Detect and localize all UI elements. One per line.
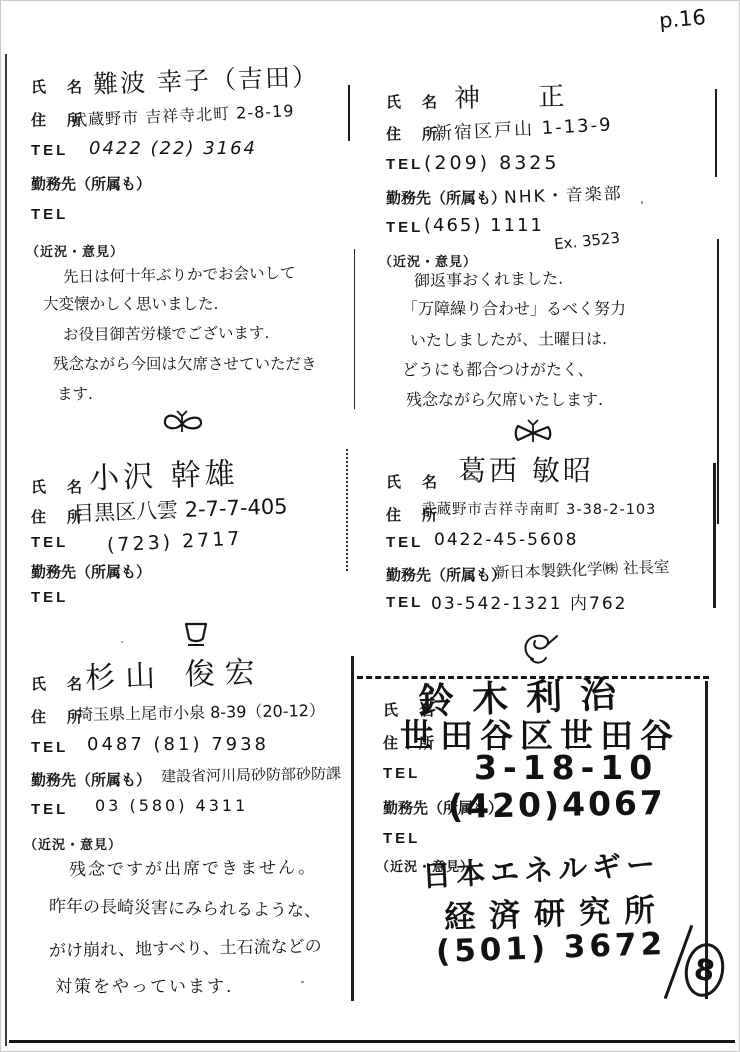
name-value: 小沢 幹雄 (88, 448, 239, 497)
comment-line: (501) 3672 (435, 926, 666, 970)
comment-line: お役目御苦労様でございます. (63, 321, 270, 345)
contact-card-4: 氏 名 住 所 TEL 勤務先（所属も） TEL 葛西 敏昭 武蔵野市吉祥寺南町… (376, 449, 716, 617)
comment-line: 「万障繰り合わせ」るべく努力 (402, 296, 626, 319)
scan-speckle (121, 641, 123, 643)
tel-value: (209) 8325 (424, 152, 559, 174)
comment-label: （近況・意見） (26, 241, 124, 260)
comment-line: 大変懐かしく思いました. (43, 292, 218, 314)
scanned-form-page: p.16 氏 名 住 所 TEL 勤務先（所属も） TEL （近況・意見） 難波… (0, 0, 740, 1052)
address-value: 目黒区八雲 2-7-7-405 (73, 490, 288, 527)
workplace-label: 勤務先（所属も） (386, 187, 506, 208)
address-label: 住 所 (386, 123, 440, 144)
workplace-value: 新日本製鉄化学㈱ 社長室 (494, 555, 670, 583)
work-tel-ext-value: Ex. 3523 (553, 229, 621, 254)
workplace-label: 勤務先（所属も） (386, 564, 506, 585)
page-number: p.16 (658, 5, 707, 33)
work-tel-value: 03 (580) 4311 (95, 796, 248, 815)
page-bottom-line (9, 1040, 735, 1043)
tel-label: TEL (31, 739, 68, 756)
address-value: 武蔵野市 吉祥寺北町 2-8-19 (71, 98, 295, 131)
comment-line: 残念ながら欠席いたします. (406, 387, 603, 410)
card-left-border (351, 656, 354, 1001)
workplace-label: 勤務先（所属も） (31, 173, 151, 194)
divider-line (713, 463, 716, 608)
workplace-value: NHK・音楽部 (504, 179, 623, 208)
name-label: 氏 名 (31, 476, 85, 497)
comment-line: いたしましたが、土曜日は. (410, 326, 607, 351)
divider-line (348, 85, 350, 141)
comment-line: 残念ですが出席できません。 (69, 853, 317, 880)
contact-card-1: 氏 名 住 所 TEL 勤務先（所属も） TEL （近況・意見） 難波 幸子（吉… (21, 61, 353, 416)
name-value: 杉山 俊宏 (84, 647, 265, 697)
comment-label: （近況・意見） (24, 834, 122, 853)
work-tel-label: TEL (383, 830, 420, 847)
comment-line: 昨年の長崎災害にみられるような、 (49, 892, 321, 922)
comment-line: 対策をやっています. (55, 972, 233, 997)
scan-speckle (641, 201, 643, 204)
address-value: 埼玉県上尾市小泉 8-39（20-12） (77, 698, 325, 725)
contact-card-6: 氏 名 住 所 TEL 勤務先（所属も） TEL （近況・意見） 鈴木利治 世田… (356, 666, 711, 1006)
name-label: 氏 名 (31, 673, 85, 694)
tel-value: 0422 (22) 3164 (89, 138, 257, 159)
name-value: 神 正 (454, 76, 573, 115)
tel-value: 0487 (81) 7938 (87, 734, 269, 755)
comment-line: 残念ながら今回は欠席させていただき (53, 352, 317, 374)
comment-line: 御返事おくれました. (414, 266, 563, 292)
work-tel-label: TEL (31, 206, 68, 223)
tel-value: (723) 2717 (107, 527, 243, 556)
page-left-edge-line (5, 54, 7, 1046)
divider-line (715, 89, 717, 177)
name-label: 氏 名 (31, 76, 85, 97)
contact-card-3: 氏 名 住 所 TEL 勤務先（所属も） TEL 小沢 幹雄 目黒区八雲 2-7… (21, 449, 353, 619)
comment-line: がけ崩れ、地すべり、土石流などの (49, 932, 322, 962)
butterfly-doodle (161, 409, 205, 444)
comment-line: 先日は何十年ぶりかでお会いして (63, 261, 296, 287)
address-value: 新宿区戸山 1-13-9 (433, 110, 613, 145)
tel-label: TEL (386, 156, 423, 173)
comment-line: どうにも都合つけがたく、 (402, 357, 594, 380)
divider-line (717, 239, 719, 524)
divider-line (346, 449, 348, 571)
work-tel-value: 03-542-1321 内762 (431, 589, 627, 614)
scan-speckle (301, 981, 304, 983)
contact-card-5: 氏 名 住 所 TEL 勤務先（所属も） TEL （近況・意見） 杉山 俊宏 埼… (21, 656, 356, 1001)
tel-value: 0422-45-5608 (434, 530, 578, 550)
divider-line (354, 249, 355, 409)
workplace-label: 勤務先（所属も） (31, 561, 151, 582)
butterfly-doodle (513, 419, 555, 452)
work-tel-label: TEL (386, 594, 423, 611)
address-value: 武蔵野市吉祥寺南町 3-38-2-103 (421, 498, 656, 519)
work-tel-label: TEL (386, 219, 423, 236)
name-label: 氏 名 (386, 471, 440, 492)
workplace-value: 建設省河川局砂防部砂防課 (161, 762, 341, 786)
name-label: 氏 名 (386, 91, 440, 112)
workplace-label: 勤務先（所属も） (31, 769, 151, 790)
name-value: 難波 幸子（吉田） (92, 57, 319, 101)
tel-label: TEL (31, 534, 68, 551)
tel-label: TEL (386, 534, 423, 551)
comment-line: ます. (57, 382, 93, 404)
address-value-line2: 3-18-10 (474, 748, 658, 787)
tel-label: TEL (383, 765, 420, 782)
tel-value: (420)4067 (448, 783, 667, 826)
tel-label: TEL (31, 142, 68, 159)
work-tel-value: (465) 1111 (424, 215, 544, 236)
work-tel-label: TEL (31, 801, 68, 818)
work-tel-label: TEL (31, 589, 68, 606)
contact-card-2: 氏 名 住 所 TEL 勤務先（所属も） TEL （近況・意見） 神 正 新宿区… (376, 69, 721, 429)
name-value: 葛西 敏昭 (458, 449, 594, 489)
